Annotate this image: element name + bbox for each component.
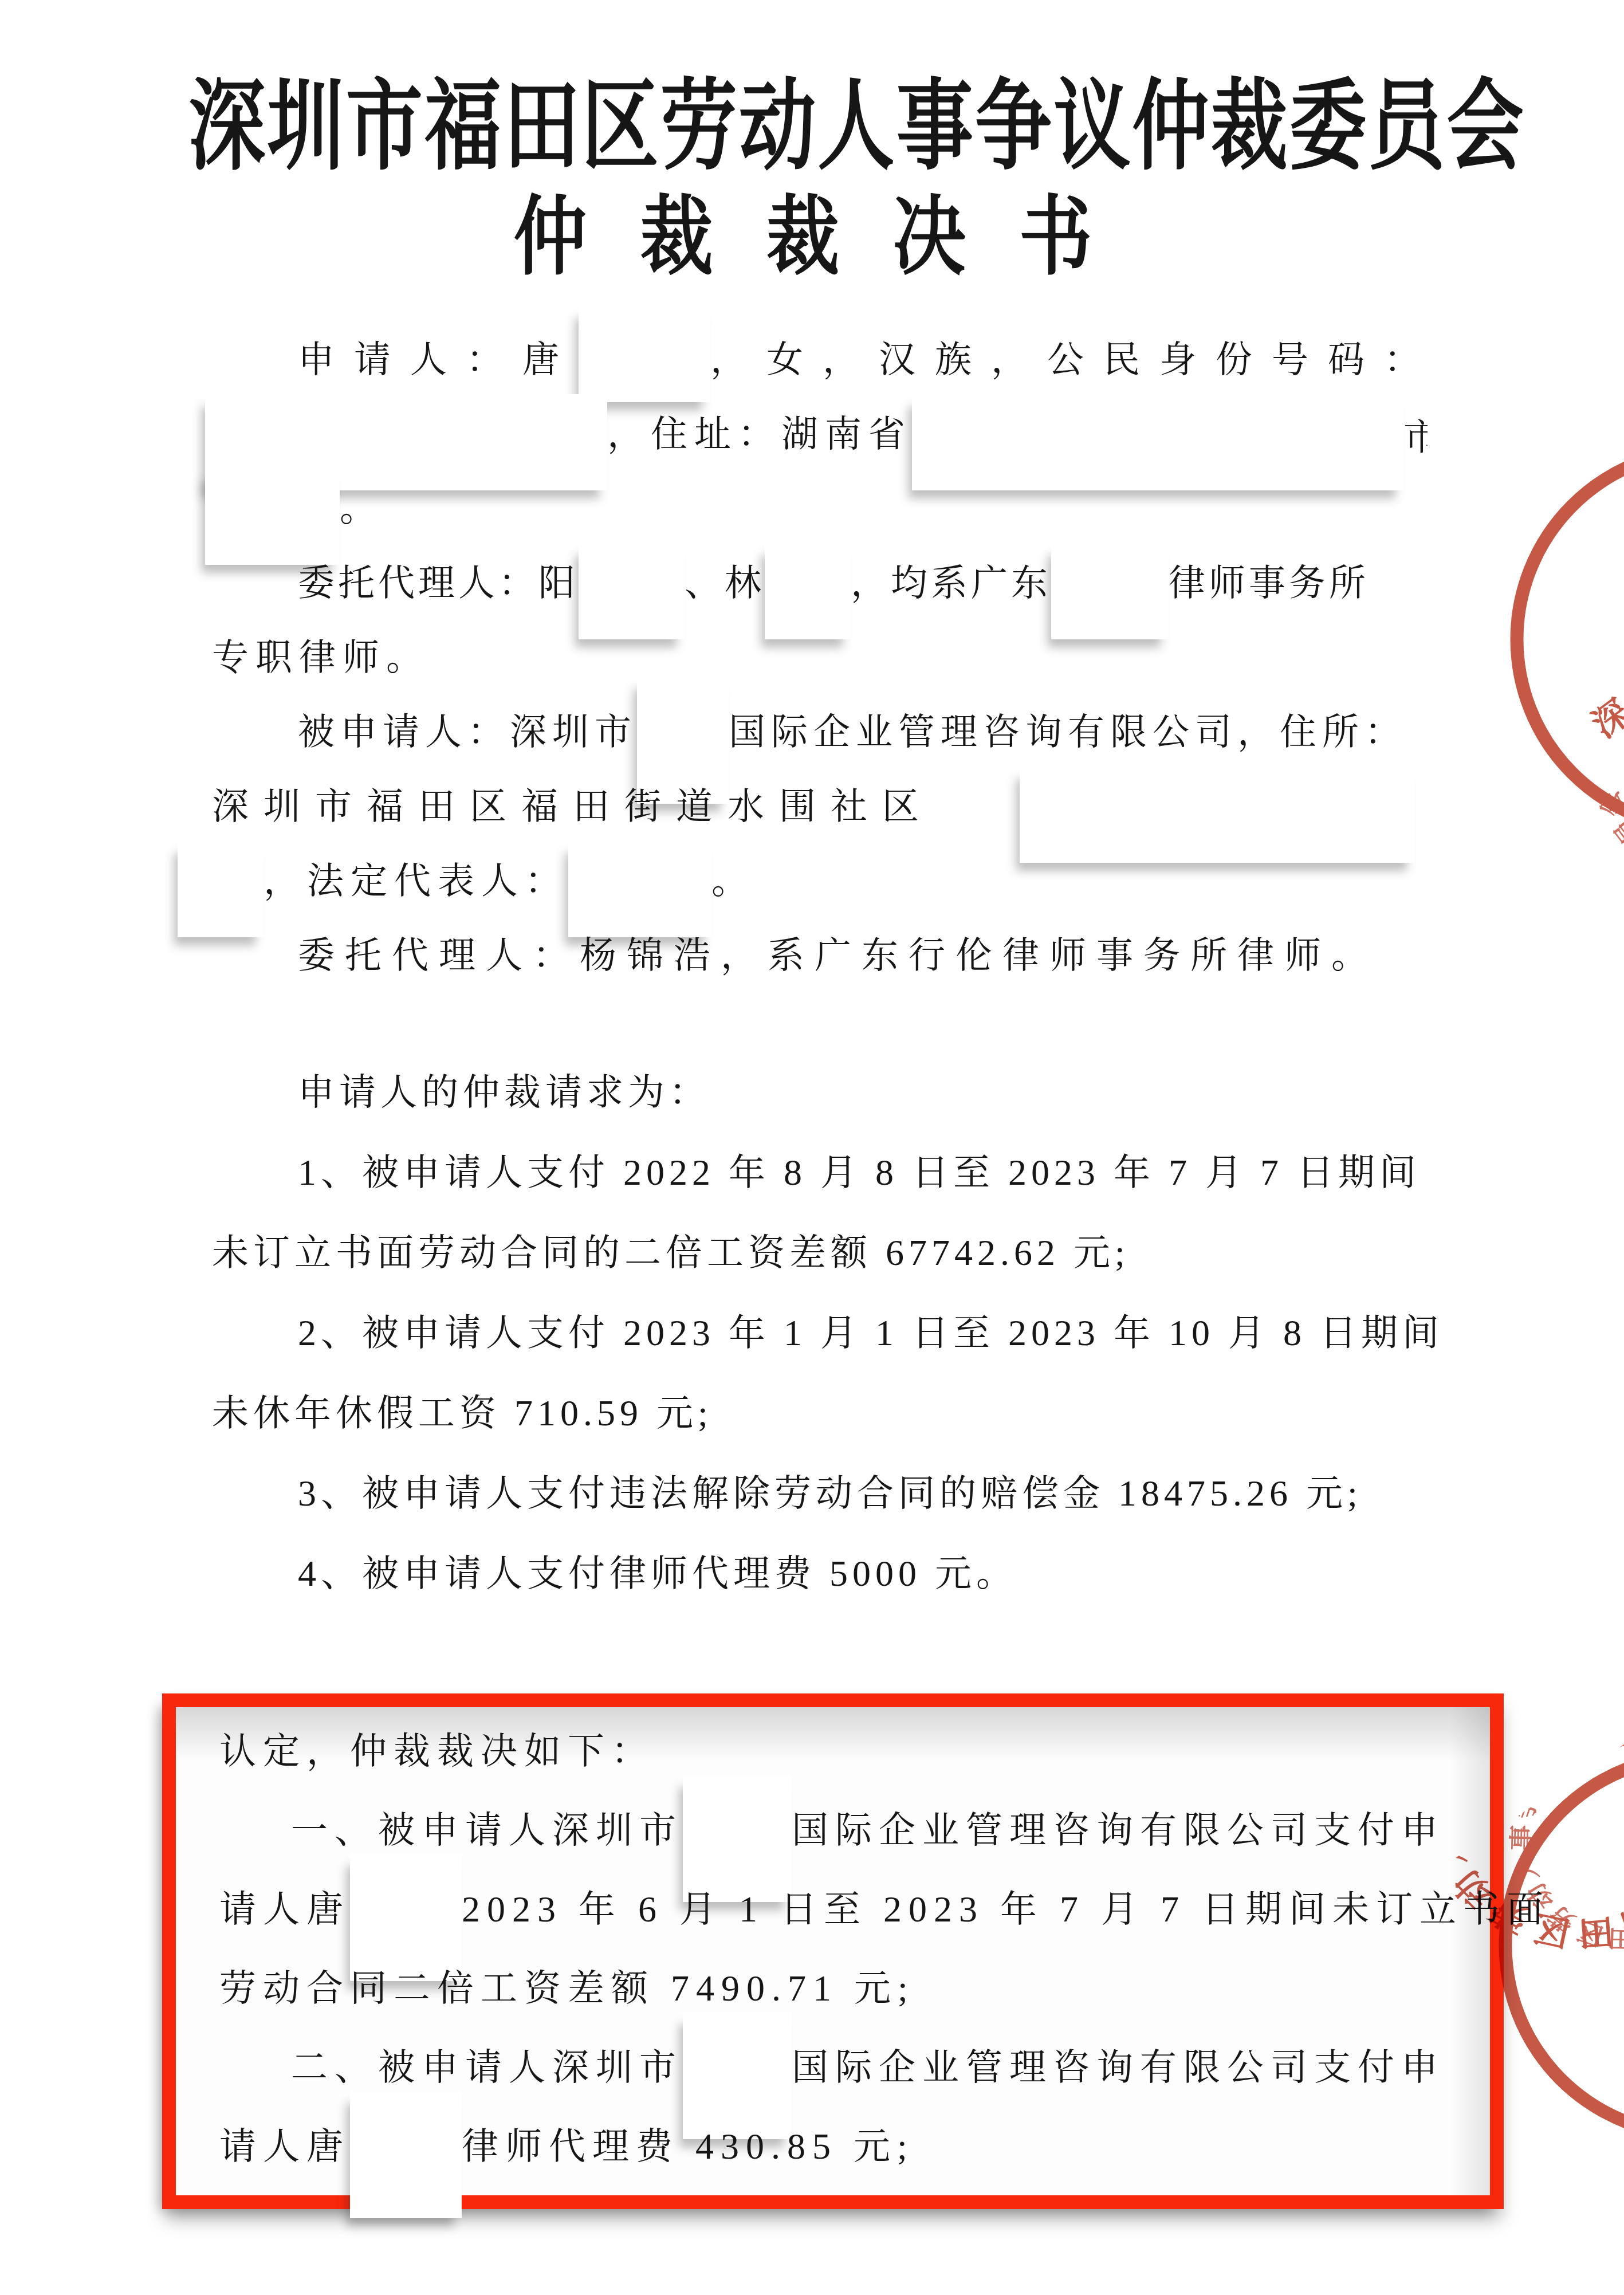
claim-item-2-line-2: 未休年休假工资 710.59 元; [212,1373,1444,1453]
applicant-address-text: ，住址：湖南省 [607,414,912,454]
ruling-item-1-line-3: 劳动合同二倍工资差额 7490.71 元; [219,1949,1478,2028]
agent-firm-text: 律师事务所 [1169,563,1369,603]
ruling-item-2-line-2: 请人唐律师代理费 430.85 元; [219,2107,1478,2186]
official-seal-top-icon: 深圳市福田区劳动人事争议仲裁委员会 深圳市福田区劳动人事争议仲裁委员会 [1500,433,1624,846]
respondent-line-1: 被申请人：深圳市国际企业管理咨询有限公司，住所： [298,695,1440,769]
claim-item-2-line-1: 2、被申请人支付 2023 年 1 月 1 日至 2023 年 10 月 8 日… [298,1293,1444,1373]
redaction-box [579,306,710,402]
page-title: 深圳市福田区劳动人事争议仲裁委员会 [0,64,1624,190]
claim-text: 1、被申请人支付 2022 年 8 月 8 日至 2023 年 7 月 7 日期… [298,1152,1421,1193]
redaction-box [350,2091,462,2218]
claim-item-1-line-1: 1、被申请人支付 2022 年 8 月 8 日至 2023 年 7 月 7 日期… [298,1133,1444,1213]
ruling-text: 律师代理费 430.85 元; [462,2126,914,2167]
ruling-heading-text: 认定，仲裁裁决如下： [219,1731,655,1771]
sentence-end-text: 。 [340,488,376,529]
ruling-heading: 认定，仲裁裁决如下： [219,1712,1478,1791]
agent-firm-text: ，均系广东 [851,563,1051,603]
claim-text: 未订立书面劳动合同的二倍工资差额 67742.62 元; [212,1232,1130,1273]
ruling-text: 请人唐 [219,2126,350,2167]
page-subtitle: 仲 裁 裁 决 书 [0,189,1624,286]
claim-text: 3、被申请人支付违法解除劳动合同的赔偿金 18475.26 元; [298,1473,1362,1514]
applicant-name-text: 申请人：唐 [298,339,579,380]
respondent-line-3: ，法定代表人：。 [212,844,1440,918]
ruling-text: 劳动合同二倍工资差额 7490.71 元; [219,1968,915,2009]
respondent-name-text: 被申请人：深圳市 [298,712,637,752]
legal-rep-text: ，法定代表人： [264,860,568,901]
claim-text: 未休年休假工资 710.59 元; [212,1393,713,1433]
ruling-item-1-line-1: 一、被申请人深圳市国际企业管理咨询有限公司支付申 [291,1791,1478,1870]
document-type-text: 仲 裁 裁 决 书 [514,189,1110,286]
sentence-end-text: 。 [711,860,755,901]
claims-section: 申请人的仲裁请求为： 1、被申请人支付 2022 年 8 月 8 日至 2023… [212,1052,1444,1614]
applicant-agent-line-1: 委托代理人：阳、林，均系广东律师事务所 [298,546,1440,620]
arbitration-document-scan: 深圳市福田区劳动人事争议仲裁委员会 仲 裁 裁 决 书 申请人：唐，女，汉族，公… [0,0,1624,2295]
seal-ring-text: 深圳市福田区劳动人事争议仲裁委员会 [1562,667,1624,846]
claim-item-1-line-2: 未订立书面劳动合同的二倍工资差额 67742.62 元; [212,1213,1444,1293]
applicant-line-2: ，住址：湖南省市 [212,397,1440,471]
claim-text: 4、被申请人支付律师代理费 5000 元。 [298,1553,1017,1594]
svg-text:深圳市福田区劳动人事争议仲裁委员会: 深圳市福田区劳动人事争议仲裁委员会 [1594,655,1624,846]
applicant-line-3: 。 [212,471,1440,546]
ruling-text: 国际企业管理咨询有限公司支付申 [792,2047,1445,2088]
claims-heading-text: 申请人的仲裁请求为： [298,1072,710,1113]
respondent-agent-line: 委托代理人：杨锦浩，系广东行伦律师事务所律师。 [298,918,1440,993]
ruling-text: 一、被申请人深圳市 [291,1810,683,1850]
agent-title-text: 专职律师。 [212,637,430,678]
respondent-agent-text: 委托代理人：杨锦浩，系广东行伦律师事务所律师。 [298,935,1378,976]
ruling-item-1-line-2: 请人唐2023 年 6 月 1 日至 2023 年 7 月 7 日期间未订立书面 [219,1870,1478,1949]
partial-glyph: 市 [1403,400,1428,475]
ruling-section: 认定，仲裁裁决如下： 一、被申请人深圳市国际企业管理咨询有限公司支付申 请人唐2… [176,1707,1490,2186]
ruling-text: 请人唐 [219,1889,350,1929]
ruling-text: 二、被申请人深圳市 [291,2047,683,2088]
svg-text:深圳市福田区劳动人事争议仲裁委员会: 深圳市福田区劳动人事争议仲裁委员会 [1562,667,1624,846]
agent-names-text: 委托代理人：阳 [298,563,579,603]
applicant-info-text: ，女，汉族，公民身份号码： [710,339,1440,380]
respondent-line-2: 深圳市福田区福田街道水围社区 [212,769,1440,844]
ruling-text: 国际企业管理咨询有限公司支付申 [792,1810,1445,1850]
applicant-line-1: 申请人：唐，女，汉族，公民身份号码： [298,323,1440,397]
redaction-box [178,841,264,937]
ruling-item-2-line-1: 二、被申请人深圳市国际企业管理咨询有限公司支付申 [291,2028,1478,2107]
claim-item-4-line: 4、被申请人支付律师代理费 5000 元。 [298,1534,1444,1614]
ruling-highlight-box: 认定，仲裁裁决如下： 一、被申请人深圳市国际企业管理咨询有限公司支付申 请人唐2… [162,1693,1504,2209]
respondent-address-text: 深圳市福田区福田街道水围社区 [212,786,934,827]
respondent-name-text: 国际企业管理咨询有限公司，住所： [729,712,1407,752]
applicant-agent-line-2: 专职律师。 [212,620,1440,695]
claim-text: 2、被申请人支付 2023 年 1 月 1 日至 2023 年 10 月 8 日… [298,1312,1444,1353]
committee-name-text: 深圳市福田区劳动人事争议仲裁委员会 [188,64,1525,190]
ruling-text: 2023 年 6 月 1 日至 2023 年 7 月 7 日期间未订立书面 [462,1889,1550,1929]
claim-item-3-line: 3、被申请人支付违法解除劳动合同的赔偿金 18475.26 元; [298,1453,1444,1534]
agent-names-text: 、林 [685,563,765,603]
claims-heading: 申请人的仲裁请求为： [298,1052,1444,1133]
parties-section: 申请人：唐，女，汉族，公民身份号码： ，住址：湖南省市 。 委托代理人：阳、林，… [212,323,1440,993]
seal-inner-ring-text: 深圳市福田区劳动人事争议仲裁委员会 [1594,655,1624,846]
